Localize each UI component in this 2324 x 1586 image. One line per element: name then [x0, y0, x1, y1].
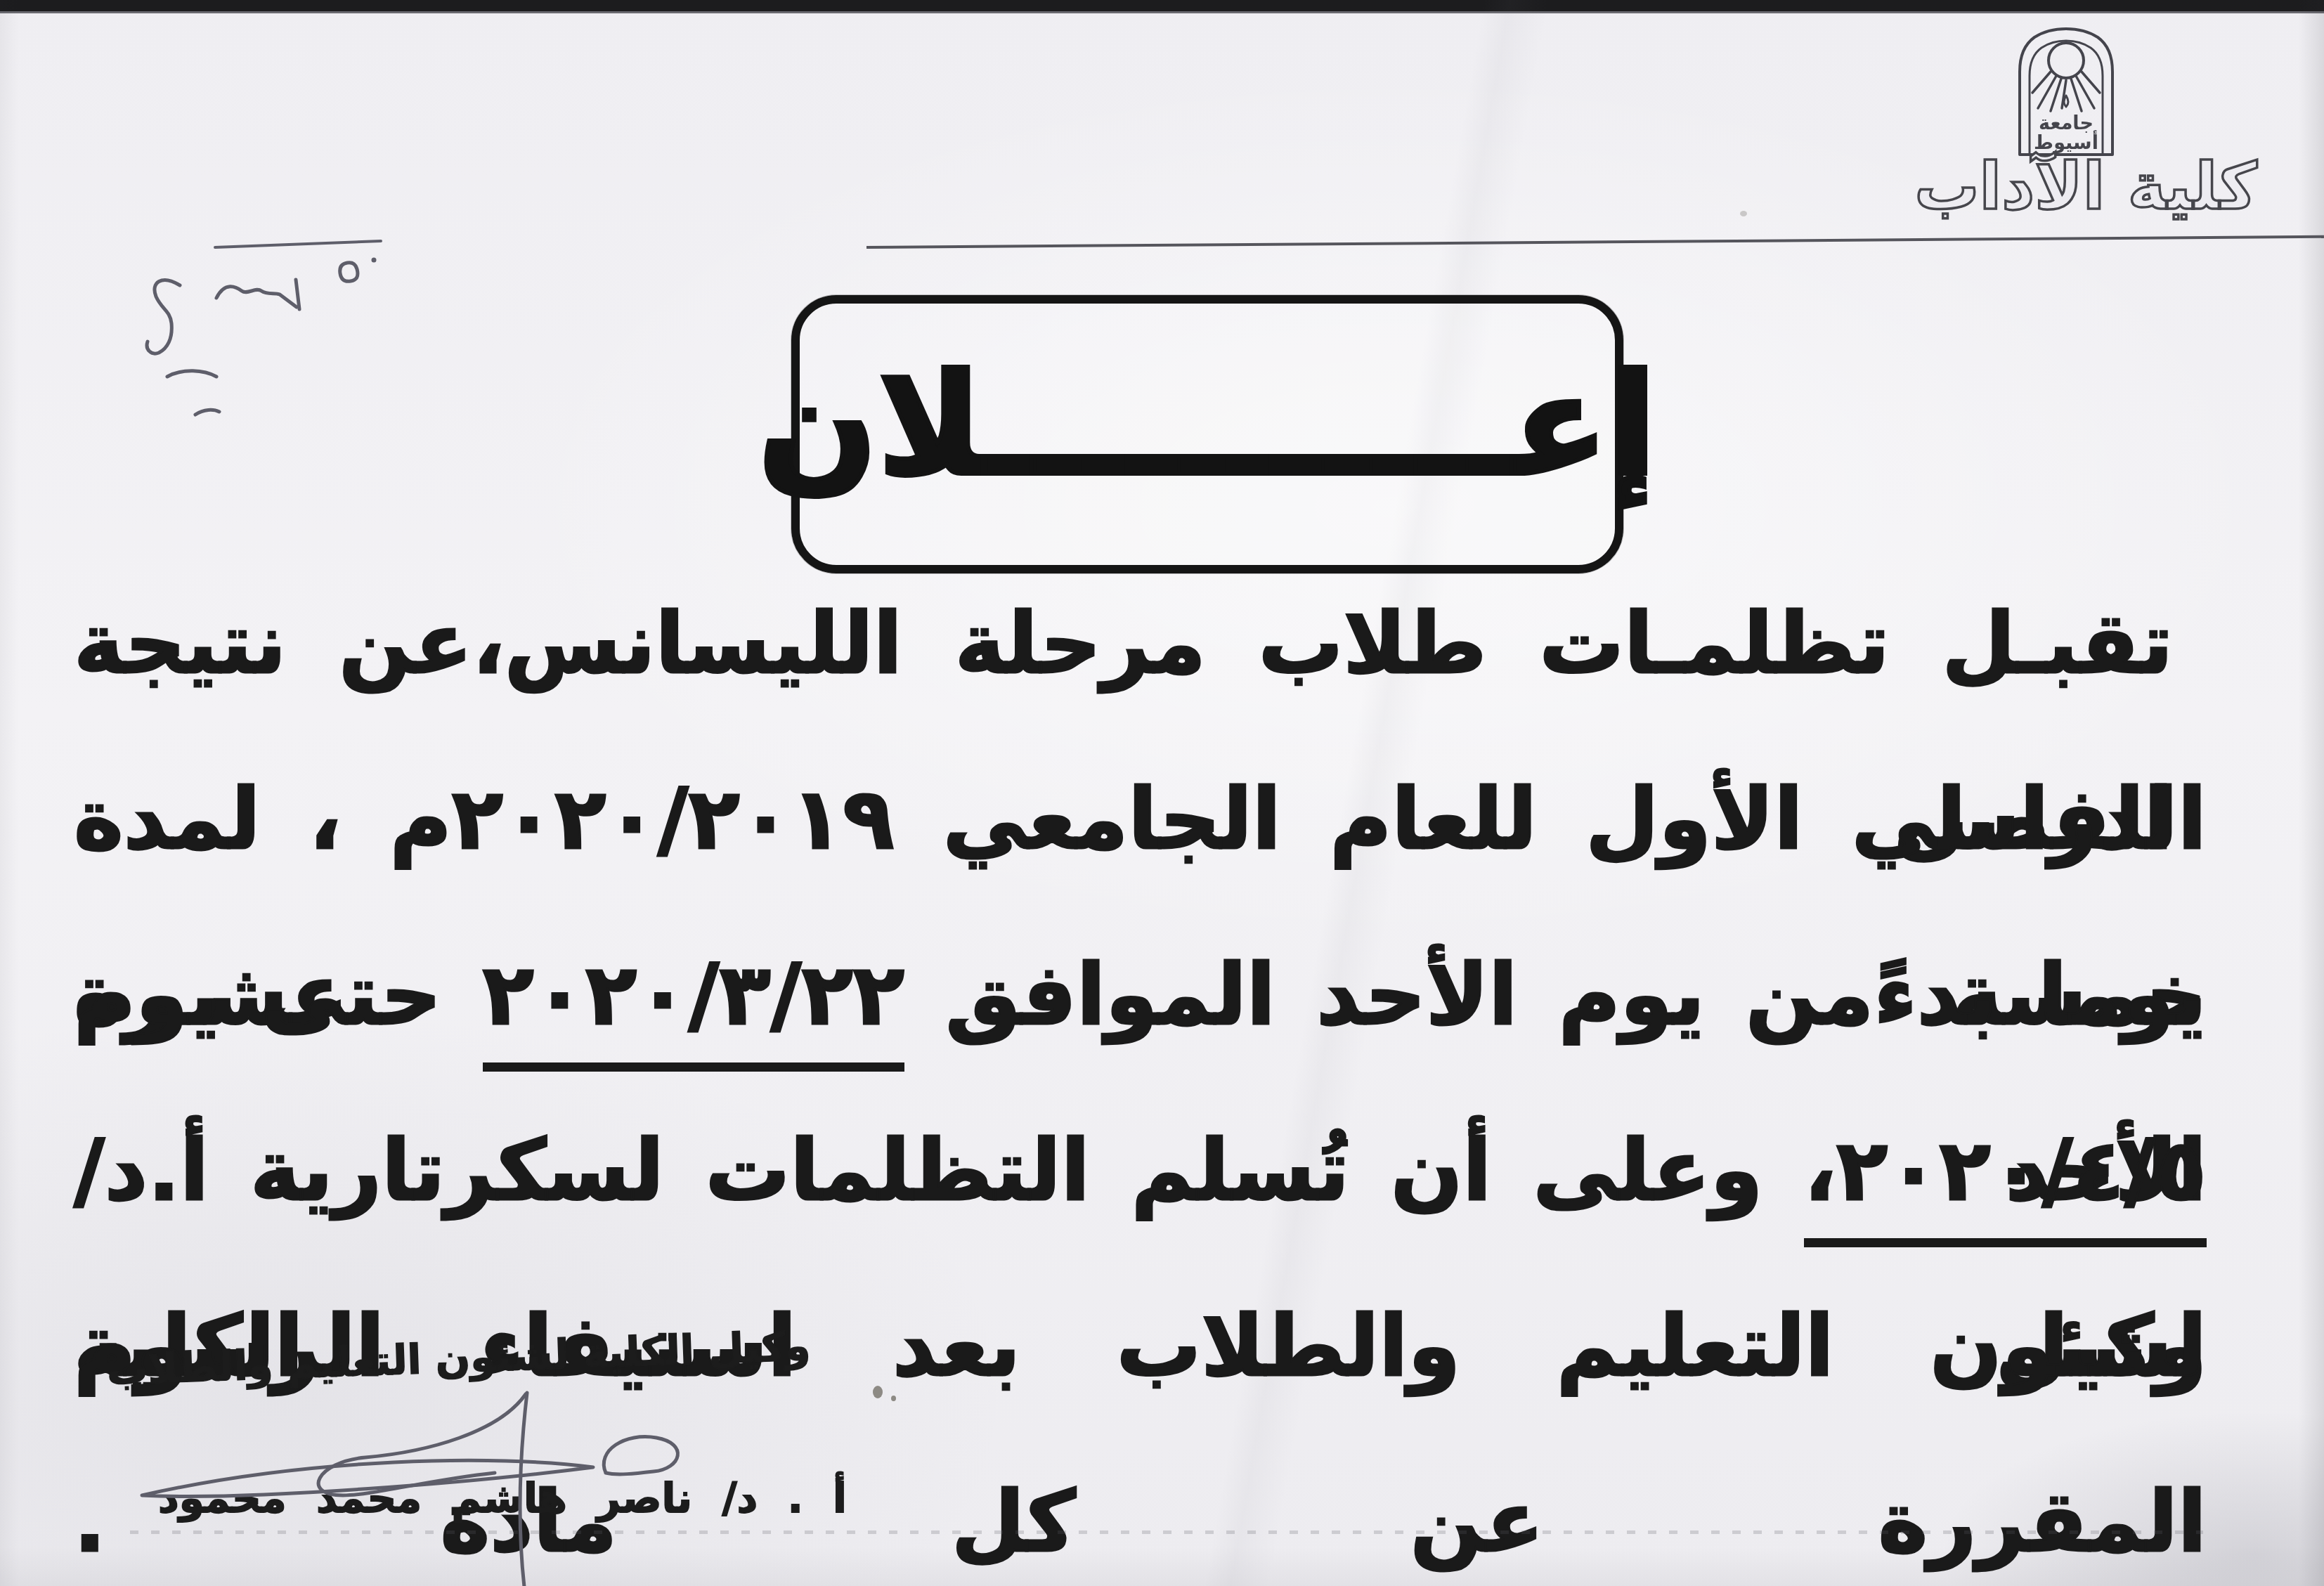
- body-line-3: يوما بدءًمن يوم الأحد الموافق ٢٠٢٠/٣/٢٢ …: [74, 908, 2207, 1084]
- grievance-start-date: ٢٠٢٠/٣/٢٢: [483, 947, 904, 1072]
- body-line-2: الدراسي الأول للعام الجامعي ٢٠٢٠/٢٠١٩م ،…: [74, 732, 2207, 908]
- faculty-name: كلية الآداب: [1906, 149, 2266, 224]
- scanner-edge-strip: [0, 0, 2324, 13]
- signature-scribble-icon: [132, 1389, 831, 1586]
- handwritten-signature: [132, 1389, 831, 1586]
- header-rule: [866, 235, 2324, 249]
- handwritten-note-icon: [97, 230, 399, 445]
- ink-speck: [891, 1396, 896, 1401]
- grievance-end-date: ٢٠٢٠/٤/٥،: [1804, 1122, 2207, 1247]
- announcement-title: إعـــــــــــلان: [758, 356, 1657, 513]
- university-logo: جامعة أسيوط: [2014, 25, 2118, 159]
- ink-speck: [1740, 211, 1747, 216]
- scanned-announcement-page: جامعة أسيوط كلية الآداب إعـــــــــــلان…: [0, 0, 2324, 1586]
- announcement-title-box: إعـــــــــــلان: [791, 295, 1623, 573]
- logo-university-word: جامعة: [2039, 112, 2093, 134]
- body-line-3-pre: يوما بدءًمن يوم الأحد الموافق: [945, 947, 2207, 1044]
- announcement-body: تقبـل تظلمـات طلاب مرحلة الليسانس،عن نتي…: [74, 557, 2207, 1435]
- assiut-university-emblem-icon: جامعة أسيوط: [2014, 25, 2118, 159]
- body-line-4: ٢٠٢٠/٤/٥، وعلى أن تُسلم التظلمات لسكرتار…: [74, 1084, 2207, 1259]
- ink-speck: [873, 1386, 883, 1398]
- handwritten-note: [97, 230, 399, 445]
- body-line-1: تقبـل تظلمـات طلاب مرحلة الليسانس،عن نتي…: [74, 557, 2207, 732]
